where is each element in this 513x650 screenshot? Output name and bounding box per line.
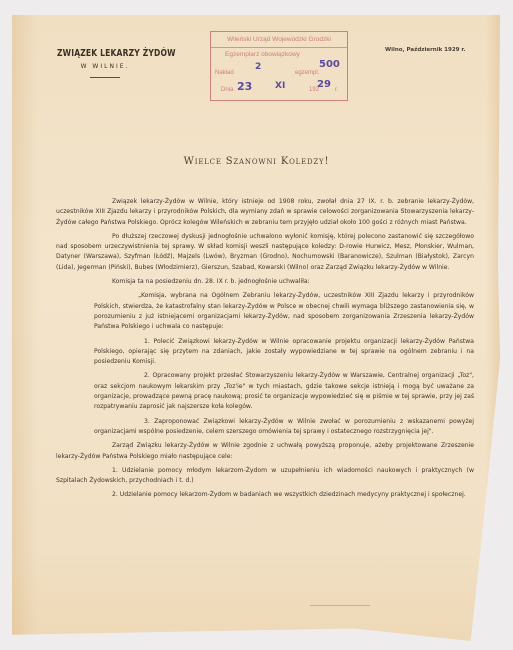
date-line: Wilno, Październik 1929 r. <box>385 47 465 53</box>
paragraph-2: Po dłuższej rzeczowej dyskusji jednogłoś… <box>56 232 474 273</box>
letter-body: Związek lekarzy-Żydów w Wilnie, który is… <box>56 197 474 501</box>
ink-month: XI <box>275 81 285 91</box>
organization-city: W WILNIE. <box>45 63 165 70</box>
faint-mark <box>310 605 370 606</box>
ink-edition: 2 <box>255 62 261 72</box>
organization-name: ZWIĄZEK LEKARZY ŻYDÓW <box>57 48 153 59</box>
ink-copies: 500 <box>319 59 340 70</box>
resolution-item-1: 1. Polecić Związkowi lekarzy-Żydów w Wil… <box>94 337 474 368</box>
resolution-item-3: 3. Zaproponować Związkowi lekarzy-Żydów … <box>94 417 474 438</box>
resolution-intro: „Komisja, wybrana na Ogólnem Zebraniu le… <box>94 291 474 332</box>
paragraph-3: Komisja ta na posiedzeniu dn. 28. IX r. … <box>56 277 474 287</box>
letterhead: ZWIĄZEK LEKARZY ŻYDÓW W WILNIE. <box>45 48 165 78</box>
closing-intro: Zarząd Związku lekarzy-Żydów w Wilnie zg… <box>56 441 474 462</box>
stamp-edition-label: Nakład <box>215 70 234 76</box>
ink-day: 23 <box>237 80 252 93</box>
salutation: Wielce Szanowni Koledzy! <box>0 156 513 167</box>
stamp-date-label: Dnia <box>221 87 233 93</box>
stamp-header: Wileński Urząd Wojewódzki Grodzki <box>211 32 347 48</box>
stamp-date-suffix: r. <box>335 87 338 93</box>
stamp-line1: Egzemplarz obowiązkowy <box>225 51 300 58</box>
goal-2: 2. Udzielanie pomocy lekarzom-Żydom w ba… <box>56 490 474 500</box>
stamp-row-date: Dnia 192 r. 23 XI 29 <box>211 82 347 99</box>
letterhead-rule <box>90 77 120 78</box>
paragraph-1: Związek lekarzy-Żydów w Wilnie, który is… <box>56 197 474 228</box>
censorship-stamp: Wileński Urząd Wojewódzki Grodzki Egzemp… <box>210 31 348 101</box>
goal-1: 1. Udzielanie pomocy młodym lekarzom-Żyd… <box>56 466 474 487</box>
stamp-copies-label: egzempl. <box>295 70 319 76</box>
resolution-item-2: 2. Opracowany projekt przesłać Stowarzys… <box>94 371 474 412</box>
ink-year: 29 <box>317 79 331 90</box>
